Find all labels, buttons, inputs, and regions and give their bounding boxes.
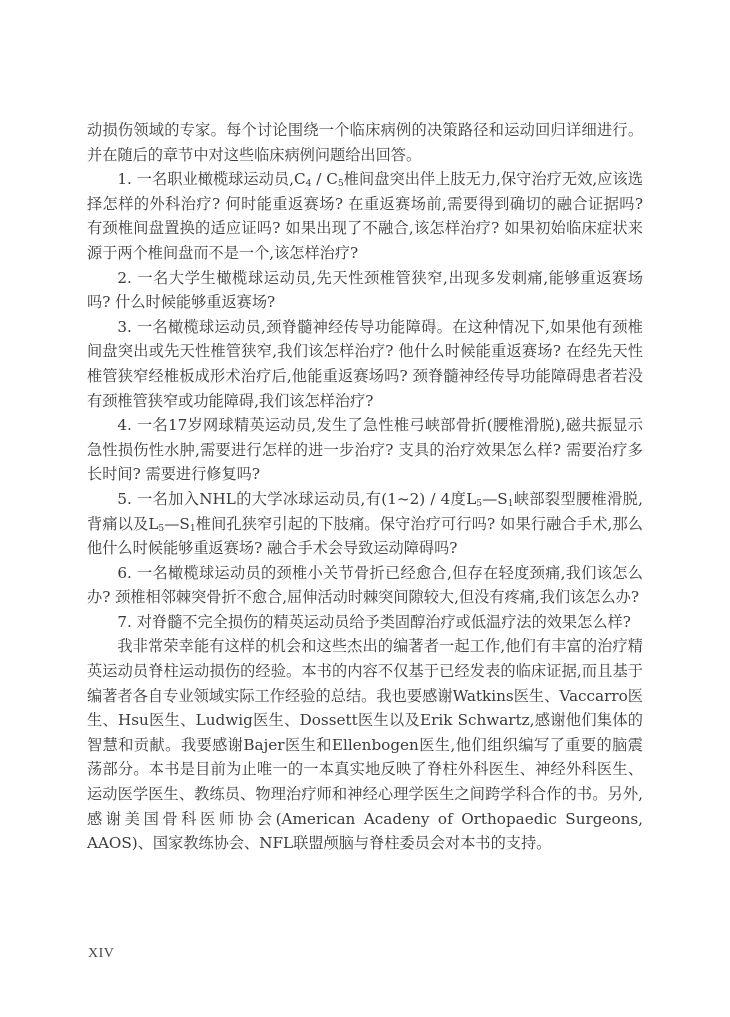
question-1-text-a: 1. 一名职业橄榄球运动员,C	[117, 170, 305, 188]
question-5: 5. 一名加入NHL的大学冰球运动员,有(1~2) / 4度L5—S1峡部裂型腰…	[87, 487, 643, 561]
question-4: 4. 一名17岁网球精英运动员,发生了急性椎弓峡部骨折(腰椎滑脱),磁共振显示急…	[87, 413, 643, 487]
question-5-text-a: 5. 一名加入NHL的大学冰球运动员,有(1~2) / 4度L	[117, 490, 476, 508]
acknowledgement-paragraph: 我非常荣幸能有这样的机会和这些杰出的编著者一起工作,他们有丰富的治疗精英运动员脊…	[87, 634, 643, 855]
page-number: XIV	[88, 946, 114, 962]
question-5-text-d: —S	[164, 515, 190, 533]
question-3: 3. 一名橄榄球运动员,颈脊髓神经传导功能障碍。在这种情况下,如果他有颈椎间盘突…	[87, 315, 643, 413]
question-2: 2. 一名大学生橄榄球运动员,先天性颈椎管狭窄,出现多发刺痛,能够重返赛场吗? …	[87, 266, 643, 315]
intro-paragraph: 动损伤领域的专家。每个讨论围绕一个临床病例的决策路径和运动回归详细进行。并在随后…	[87, 118, 643, 167]
question-6: 6. 一名橄榄球运动员的颈椎小关节骨折已经愈合,但存在轻度颈痛,我们该怎么办? …	[87, 561, 643, 610]
question-5-text-b: —S	[482, 490, 508, 508]
question-7: 7. 对脊髓不完全损伤的精英运动员给予类固醇治疗或低温疗法的效果怎么样?	[87, 610, 643, 635]
question-1-text-b: / C	[311, 170, 338, 188]
question-1: 1. 一名职业橄榄球运动员,C4 / C5椎间盘突出伴上肢无力,保守治疗无效,应…	[87, 167, 643, 265]
page-body: 动损伤领域的专家。每个讨论围绕一个临床病例的决策路径和运动回归详细进行。并在随后…	[87, 118, 643, 856]
